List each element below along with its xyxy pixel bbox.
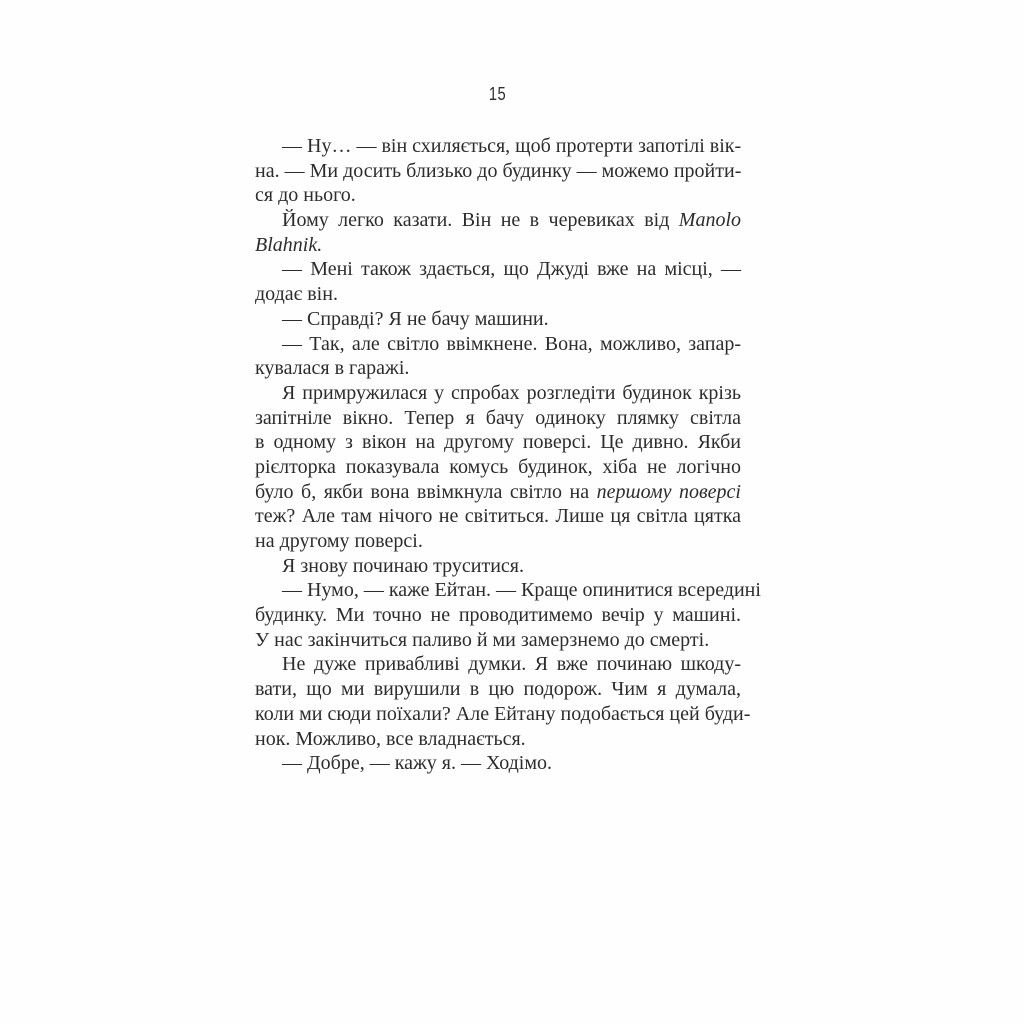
text-segment: — Добре, — кажу я. — Ходімо. <box>282 752 552 774</box>
text-segment: — Нумо, — каже Ейтан. — Краще опинитися … <box>282 579 761 601</box>
text-line: — Так, але світло ввімкнене. Вона, можли… <box>255 332 741 357</box>
text-segment: Не дуже привабливі думки. Я вже починаю … <box>282 653 741 675</box>
text-line: будинку. Ми точно не проводитимемо вечір… <box>255 603 741 628</box>
page-number: 15 <box>255 84 741 105</box>
text-segment: в одному з вікон на другому поверсі. Це … <box>255 431 741 453</box>
text-segment: на другому поверсі. <box>255 530 423 552</box>
text-line: нок. Можливо, все владнається. <box>255 727 741 752</box>
text-line: — Справді? Я не бачу машини. <box>255 307 741 332</box>
text-segment: ся до нього. <box>255 184 356 206</box>
text-segment: коли ми сюди поїхали? Але Ейтану подобає… <box>255 703 750 725</box>
text-line: на другому поверсі. <box>255 529 741 554</box>
text-line: додає він. <box>255 282 741 307</box>
text-segment: кувалася в гаражі. <box>255 357 409 379</box>
text-segment: нок. Можливо, все владнається. <box>255 728 526 750</box>
text-line: коли ми сюди поїхали? Але Ейтану подобає… <box>255 702 741 727</box>
text-segment: У нас закінчиться паливо й ми замерзнемо… <box>255 629 709 651</box>
paragraph: Я знову починаю труситися. <box>255 554 741 579</box>
paragraph: — Нумо, — каже Ейтан. — Краще опинитися … <box>255 578 741 652</box>
text-line: — Нумо, — каже Ейтан. — Краще опинитися … <box>255 578 741 603</box>
text-line: Йому легко казати. Він не в черевиках ві… <box>255 208 741 233</box>
paragraph: — Так, але світло ввімкнене. Вона, можли… <box>255 332 741 381</box>
paragraph: Я примружилася у спробах розгледіти буди… <box>255 381 741 554</box>
italic-text-segment: Manolo <box>679 209 741 231</box>
text-segment: — Ну… — він схиляється, щоб протерти зап… <box>282 135 741 157</box>
paragraph: — Добре, — кажу я. — Ходімо. <box>255 751 741 776</box>
text-line: Не дуже привабливі думки. Я вже починаю … <box>255 652 741 677</box>
text-line: кувалася в гаражі. <box>255 356 741 381</box>
book-page: 15 — Ну… — він схиляється, щоб протерти … <box>0 0 1024 1024</box>
text-segment: теж? Але там нічого не світиться. Лише ц… <box>255 505 741 527</box>
text-segment: — Справді? Я не бачу машини. <box>282 308 549 330</box>
text-line: Я примружилася у спробах розгледіти буди… <box>255 381 741 406</box>
italic-text-segment: першому поверсі <box>597 481 741 503</box>
text-segment: було б, якби вона ввімкнула світло на <box>255 481 597 503</box>
text-segment: Я примружилася у спробах розгледіти буди… <box>282 382 741 404</box>
text-line: ся до нього. <box>255 183 741 208</box>
paragraph: — Справді? Я не бачу машини. <box>255 307 741 332</box>
text-line: було б, якби вона ввімкнула світло на пе… <box>255 480 741 505</box>
page-text: — Ну… — він схиляється, щоб протерти зап… <box>255 134 741 776</box>
text-line: запітніле вікно. Тепер я бачу одиноку пл… <box>255 406 741 431</box>
paragraph: Не дуже привабливі думки. Я вже починаю … <box>255 652 741 751</box>
page-number-text: 15 <box>489 84 506 105</box>
text-line: — Ну… — він схиляється, щоб протерти зап… <box>255 134 741 159</box>
text-line: У нас закінчиться паливо й ми замерзнемо… <box>255 628 741 653</box>
text-segment: вати, що ми вирушили в цю подорож. Чим я… <box>255 678 741 700</box>
text-segment: рієлторка показувала комусь будинок, хіб… <box>255 456 741 478</box>
text-segment: запітніле вікно. Тепер я бачу одиноку пл… <box>255 407 741 429</box>
text-segment: — Мені також здається, що Джуді вже на м… <box>282 258 741 280</box>
text-line: Я знову починаю труситися. <box>255 554 741 579</box>
italic-text-segment: Blahnik. <box>255 234 322 256</box>
text-segment: Я знову починаю труситися. <box>282 555 524 577</box>
text-line: — Мені також здається, що Джуді вже на м… <box>255 257 741 282</box>
paragraph: — Ну… — він схиляється, щоб протерти зап… <box>255 134 741 208</box>
text-line: вати, що ми вирушили в цю подорож. Чим я… <box>255 677 741 702</box>
text-line: в одному з вікон на другому поверсі. Це … <box>255 430 741 455</box>
paragraph: Йому легко казати. Він не в черевиках ві… <box>255 208 741 257</box>
text-segment: на. — Ми досить близько до будинку — мож… <box>255 160 741 182</box>
text-line: Blahnik. <box>255 233 741 258</box>
text-line: рієлторка показувала комусь будинок, хіб… <box>255 455 741 480</box>
text-segment: — Так, але світло ввімкнене. Вона, можли… <box>282 333 741 355</box>
text-segment: додає він. <box>255 283 338 305</box>
text-segment: будинку. Ми точно не проводитимемо вечір… <box>255 604 741 626</box>
text-line: теж? Але там нічого не світиться. Лише ц… <box>255 504 741 529</box>
text-line: на. — Ми досить близько до будинку — мож… <box>255 159 741 184</box>
text-segment: Йому легко казати. Він не в черевиках ві… <box>282 209 679 231</box>
paragraph: — Мені також здається, що Джуді вже на м… <box>255 257 741 306</box>
text-line: — Добре, — кажу я. — Ходімо. <box>255 751 741 776</box>
